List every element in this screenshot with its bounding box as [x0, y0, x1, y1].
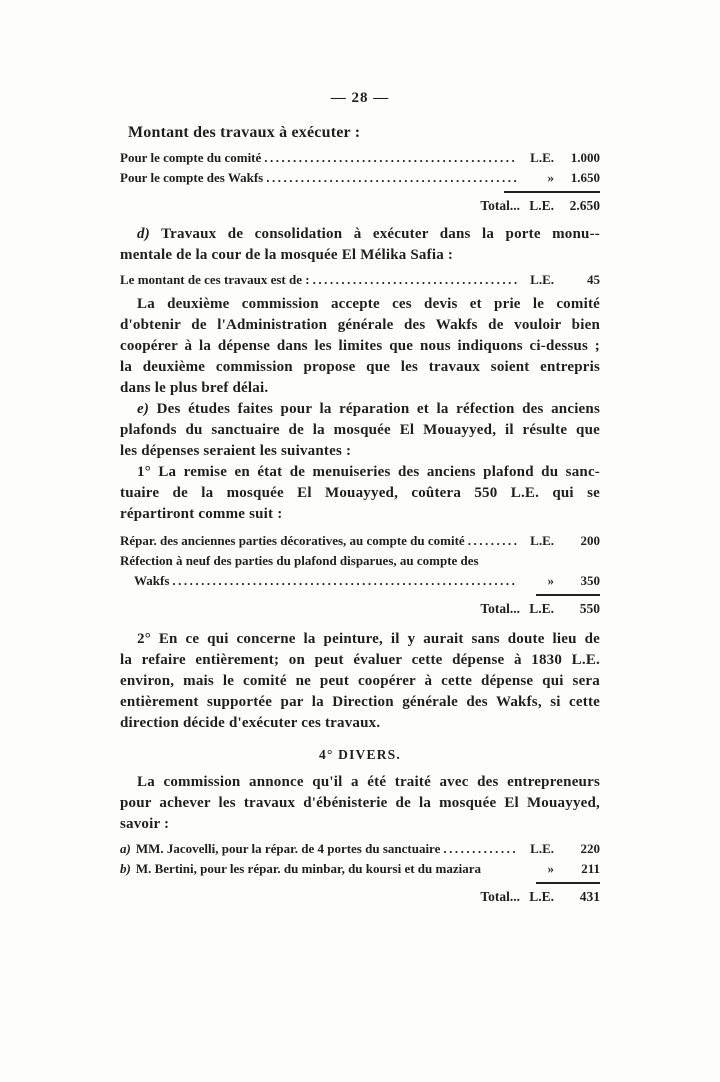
section-marker: e) — [137, 401, 149, 417]
paragraph-text: En ce qui concerne la peinture, il y aur… — [159, 631, 600, 647]
ledger-550: Répar. des anciennes parties décoratives… — [120, 531, 600, 619]
paragraph-line: tuaire de la mosquée El Mouayyed, coûter… — [120, 483, 600, 504]
ledger-label: Wakfs — [134, 571, 169, 591]
total-row: Total... L.E. 550 — [120, 599, 600, 619]
paragraph-1: 1° La remise en état de menuiseries des … — [120, 462, 600, 525]
paragraph-line: 2° En ce qui concerne la peinture, il y … — [120, 629, 600, 650]
paragraph-line: coopérer à la dépense dans les limites q… — [120, 336, 600, 357]
ledger-label: MM. Jacovelli, pour la répar. de 4 porte… — [136, 839, 441, 859]
total-rule — [536, 882, 600, 884]
item-marker: b) — [120, 859, 131, 879]
paragraph-d: d) Travaux de consolidation à exécuter d… — [120, 224, 600, 266]
paragraph-line: la deuxième commission propose que les t… — [120, 357, 600, 378]
paragraph-line: La commission annonce qu'il a été traité… — [120, 772, 600, 793]
ledger-label: Pour le compte du comité — [120, 148, 261, 168]
amount-value: 1.650 — [554, 168, 600, 188]
amount-value: 220 — [554, 839, 600, 859]
total-row: Total... L.E. 431 — [120, 887, 600, 907]
ledger-row: a) MM. Jacovelli, pour la répar. de 4 po… — [120, 839, 600, 859]
currency-label: L.E. — [520, 148, 554, 168]
leader-dots — [313, 270, 517, 290]
paragraph-line: dans le plus bref délai. — [120, 378, 600, 399]
montant-heading: Montant des travaux à exécuter : — [120, 122, 600, 144]
ledger-label: Répar. des anciennes parties décoratives… — [120, 531, 465, 551]
ledger-label-wrap: Réfection à neuf des parties du plafond … — [120, 551, 600, 571]
divers-heading: 4° DIVERS. — [120, 746, 600, 764]
leader-dots — [172, 571, 517, 591]
ledger-label: Le montant de ces travaux est de : — [120, 270, 310, 290]
total-label: Total... — [480, 196, 520, 216]
total-rule — [504, 191, 600, 193]
paragraph-text: La remise en état de menuiseries des anc… — [158, 464, 600, 480]
paragraph-line: savoir : — [120, 814, 600, 835]
ledger-row: Pour le compte des Wakfs » 1.650 — [120, 168, 600, 188]
ledger-label: M. Bertini, pour les répar. du minbar, d… — [136, 859, 481, 879]
total-rule — [536, 594, 600, 596]
ledger-row: Wakfs » 350 — [120, 571, 600, 591]
currency-label: » — [520, 859, 554, 879]
ledger-row: Pour le compte du comité L.E. 1.000 — [120, 148, 600, 168]
leader-dots — [264, 148, 517, 168]
paragraph-2: 2° En ce qui concerne la peinture, il y … — [120, 629, 600, 734]
currency-label: L.E. — [520, 599, 554, 619]
leader-dots — [443, 839, 517, 859]
currency-label: L.E. — [520, 270, 554, 290]
ledger-divers: a) MM. Jacovelli, pour la répar. de 4 po… — [120, 839, 600, 907]
document-page: — 28 — Montant des travaux à exécuter : … — [0, 0, 720, 1082]
section-marker: d) — [137, 226, 150, 242]
amount-value: 2.650 — [554, 196, 600, 216]
page-content: — 28 — Montant des travaux à exécuter : … — [120, 0, 600, 907]
paragraph-line: pour achever les travaux d'ébénisterie d… — [120, 793, 600, 814]
ledger-row: Le montant de ces travaux est de : L.E. … — [120, 270, 600, 290]
total-row: Total... L.E. 2.650 — [120, 196, 600, 216]
currency-label: L.E. — [520, 887, 554, 907]
amount-value: 350 — [554, 571, 600, 591]
total-label: Total... — [480, 599, 520, 619]
paragraph-line: La deuxième commission accepte ces devis… — [120, 294, 600, 315]
paragraph-line: plafonds du sanctuaire de la mosquée El … — [120, 420, 600, 441]
currency-label: L.E. — [520, 839, 554, 859]
currency-label: » — [520, 168, 554, 188]
ledger-label: Pour le compte des Wakfs — [120, 168, 263, 188]
paragraph-line: d'obtenir de l'Administration générale d… — [120, 315, 600, 336]
paragraph-line: mentale de la cour de la mosquée El Méli… — [120, 245, 600, 266]
paragraph-commission: La deuxième commission accepte ces devis… — [120, 294, 600, 399]
section-marker: 1° — [137, 464, 151, 480]
amount-value: 200 — [554, 531, 600, 551]
paragraph-line: répartiront comme suit : — [120, 504, 600, 525]
paragraph-text: Travaux de consolidation à exécuter dans… — [161, 226, 600, 242]
section-marker: 2° — [137, 631, 151, 647]
paragraph-line: entièrement supportée par la Direction g… — [120, 692, 600, 713]
amount-value: 211 — [554, 859, 600, 879]
paragraph-text: Des études faites pour la réparation et … — [157, 401, 600, 417]
currency-label: L.E. — [520, 196, 554, 216]
ledger-row: Répar. des anciennes parties décoratives… — [120, 531, 600, 551]
amount-value: 45 — [554, 270, 600, 290]
page-number: — 28 — — [120, 88, 600, 108]
paragraph-line: e) Des études faites pour la réparation … — [120, 399, 600, 420]
leader-dots — [266, 168, 517, 188]
ledger-row: b) M. Bertini, pour les répar. du minbar… — [120, 859, 600, 879]
paragraph-line: les dépenses seraient les suivantes : — [120, 441, 600, 462]
paragraph-divers: La commission annonce qu'il a été traité… — [120, 772, 600, 835]
paragraph-line: direction décide d'exécuter ces travaux. — [120, 713, 600, 734]
amount-value: 1.000 — [554, 148, 600, 168]
paragraph-line: la refaire entièrement; on peut évaluer … — [120, 650, 600, 671]
item-marker: a) — [120, 839, 131, 859]
currency-label: L.E. — [520, 531, 554, 551]
amount-value: 550 — [554, 599, 600, 619]
total-label: Total... — [480, 887, 520, 907]
amount-value: 431 — [554, 887, 600, 907]
paragraph-line: d) Travaux de consolidation à exécuter d… — [120, 224, 600, 245]
paragraph-e: e) Des études faites pour la réparation … — [120, 399, 600, 462]
paragraph-line: environ, mais le comité ne peut coopérer… — [120, 671, 600, 692]
leader-dots — [468, 531, 517, 551]
paragraph-line: 1° La remise en état de menuiseries des … — [120, 462, 600, 483]
currency-label: » — [520, 571, 554, 591]
